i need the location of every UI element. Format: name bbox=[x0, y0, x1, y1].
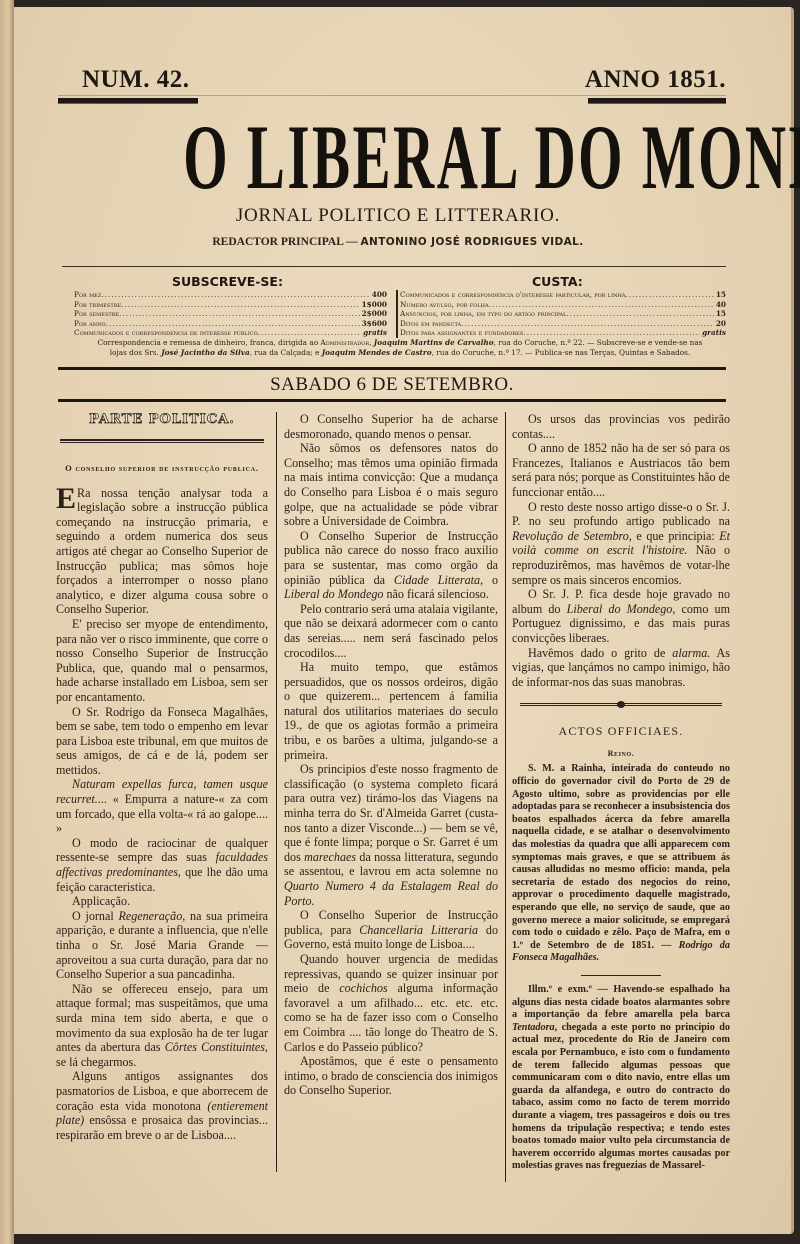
drop-cap: E bbox=[56, 488, 76, 510]
masthead-title: O LIBERAL DO MONDEGO. bbox=[183, 112, 605, 202]
redactor-line: REDACTOR PRINCIPAL — ANTONINO JOSÉ RODRI… bbox=[58, 236, 738, 248]
column-1: PARTE POLITICA. O conselho superior de i… bbox=[56, 412, 268, 1142]
header-thin-rule bbox=[58, 95, 726, 96]
paragraph: Havêmos dado o grito de alarma. As vigia… bbox=[512, 646, 730, 690]
cost-price-list: Communicados e correspondencia d'interes… bbox=[396, 290, 726, 338]
paragraph: Os ursos das provincias vos pedirão cont… bbox=[512, 412, 730, 441]
paragraph: O Conselho Superior de Instrucção public… bbox=[284, 908, 498, 952]
paragraph: Apostâmos, que é este o pensamento intim… bbox=[284, 1054, 498, 1098]
article-title: O conselho superior de instrucção public… bbox=[56, 463, 268, 474]
subscription-price-list: Por mez400 Por trimestre1$000 Por semest… bbox=[74, 290, 387, 338]
paragraph: Não sômos os defensores natos do Conselh… bbox=[284, 441, 498, 529]
paragraph: Não se offereceu ensejo, para um attaque… bbox=[56, 982, 268, 1070]
date-bottom-rule bbox=[58, 399, 726, 402]
price-row: Communicados e correspondencia d'interes… bbox=[400, 290, 726, 300]
paragraph: ERa nossa tenção analysar toda a legisla… bbox=[56, 486, 268, 617]
section-title: PARTE POLITICA. bbox=[56, 413, 268, 428]
paragraph: O resto deste nosso artigo disse-o o Sr.… bbox=[512, 500, 730, 588]
redactor-name: ANTONINO JOSÉ RODRIGUES VIDAL. bbox=[361, 236, 584, 248]
price-row: Por anno3$600 bbox=[74, 319, 387, 329]
issue-line: NUM. 42. ANNO 1851. bbox=[66, 66, 726, 96]
paragraph: Ha muito tempo, que estâmos persuadidos,… bbox=[284, 660, 498, 762]
short-divider bbox=[581, 975, 661, 976]
price-row: Numero avulso, por folha40 bbox=[400, 300, 726, 310]
subscription-heading: SUBSCREVE-SE: bbox=[172, 274, 283, 289]
paragraph: O Sr. J. P. fica desde hoje gravado no a… bbox=[512, 587, 730, 645]
paragraph: O Conselho Superior ha de acharse desmor… bbox=[284, 412, 498, 441]
price-row: Por semestre2$000 bbox=[74, 309, 387, 319]
paragraph: Pelo contrario será uma atalaia vigilant… bbox=[284, 602, 498, 660]
issue-year: ANNO 1851. bbox=[585, 66, 726, 94]
price-row: Ditos em pandecta20 bbox=[400, 319, 726, 329]
paragraph: O modo de raciocinar de qualquer ressent… bbox=[56, 836, 268, 894]
issue-date: SABADO 6 DE SETEMBRO. bbox=[58, 374, 726, 396]
paragraph: E' preciso ser myope de entendimento, pa… bbox=[56, 617, 268, 705]
letter-paragraph: Illm.º e exm.º — Havendo-se espalhado ha… bbox=[512, 984, 730, 1173]
paragraph: O Sr. Rodrigo da Fonseca Magalhães, bem … bbox=[56, 705, 268, 778]
price-row: Ditos para assignantes e fundadoresgrati… bbox=[400, 328, 726, 338]
paragraph: O Conselho Superior de Instrucção public… bbox=[284, 529, 498, 602]
paragraph: Naturam expellas furca, tamen usque recu… bbox=[56, 777, 268, 835]
correspondence-notice: Correspondencia e remessa de dinheiro, f… bbox=[72, 338, 728, 357]
price-row: Por trimestre1$000 bbox=[74, 300, 387, 310]
price-row: Annuncios, por linha, em typo do artigo … bbox=[400, 309, 726, 319]
column-divider bbox=[505, 412, 506, 1182]
header-rule-left bbox=[58, 98, 198, 104]
paragraph: Alguns antigos assignantes dos pasmatori… bbox=[56, 1069, 268, 1142]
price-row: Por mez400 bbox=[74, 290, 387, 300]
masthead-subtitle: JORNAL POLITICO E LITTERARIO. bbox=[58, 205, 738, 227]
ornamental-rule bbox=[520, 703, 722, 706]
header-rule-right bbox=[588, 98, 726, 104]
paragraph: Quando houver urgencia de medidas repres… bbox=[284, 952, 498, 1054]
column-2: O Conselho Superior ha de acharse desmor… bbox=[284, 412, 498, 1098]
date-top-rule bbox=[58, 367, 726, 370]
column-divider bbox=[276, 412, 277, 1172]
info-top-rule bbox=[62, 266, 726, 267]
redactor-label: REDACTOR PRINCIPAL — bbox=[212, 236, 360, 248]
issue-number: NUM. 42. bbox=[82, 66, 189, 94]
paragraph: Os principios d'este nosso fragmento de … bbox=[284, 762, 498, 908]
subsection-reino: Reino. bbox=[512, 747, 730, 762]
section-rule bbox=[60, 439, 264, 443]
price-row: Communicados e correspondencia de intere… bbox=[74, 328, 387, 338]
book-spine bbox=[0, 0, 14, 1244]
costs-heading: CUSTA: bbox=[532, 274, 583, 289]
paragraph: O jornal Regeneração, na sua primeira ap… bbox=[56, 909, 268, 982]
decree-paragraph: S. M. a Rainha, inteirada do conteudo no… bbox=[512, 763, 730, 965]
paragraph: Applicação. bbox=[56, 894, 268, 909]
section-title-actos: ACTOS OFFICIAES. bbox=[512, 724, 730, 739]
paragraph: O anno de 1852 não ha de ser só para os … bbox=[512, 441, 730, 499]
column-3: Os ursos das provincias vos pedirão cont… bbox=[512, 412, 730, 1173]
